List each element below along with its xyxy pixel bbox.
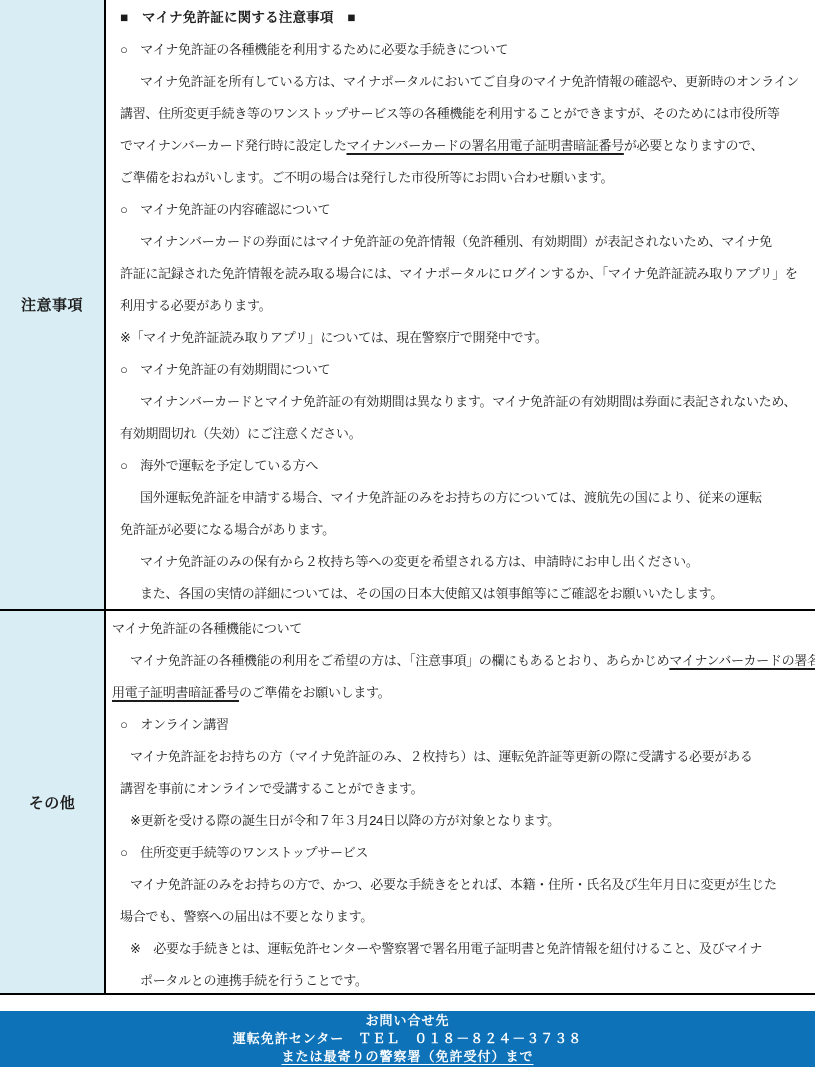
text-segment: マイナ免許証をお持ちの方（マイナ免許証のみ、２枚持ち）は、運転免許証等更新の際に… bbox=[130, 749, 753, 764]
text-line: ○ 海外で運転を予定している方へ bbox=[112, 450, 813, 482]
text-line: 利用する必要があります。 bbox=[112, 290, 813, 322]
text-segment: が必要となりますので、 bbox=[624, 138, 763, 153]
row-label: 注意事項 bbox=[21, 294, 83, 315]
text-segment: ポータルとの連携手続を行うことです。 bbox=[140, 973, 368, 988]
text-line: でマイナンバーカード発行時に設定したマイナンバーカードの署名用電子証明書暗証番号… bbox=[112, 130, 813, 162]
text-segment: マイナ免許証のみの保有から２枚持ち等への変更を希望される方は、申請時にお申し出く… bbox=[140, 554, 699, 569]
contact-heading: お問い合せ先 bbox=[365, 1012, 449, 1030]
text-line: 許証に記録された免許情報を読み取る場合には、マイナポータルにログインするか、「マ… bbox=[112, 258, 813, 290]
text-segment: ○ マイナ免許証の内容確認について bbox=[120, 202, 330, 217]
underlined-text: マイナンバーカードの署名用電子証明書暗証番号 bbox=[347, 138, 624, 153]
text-segment: ※「マイナ免許証読み取りアプリ」については、現在警察庁で開発中です。 bbox=[120, 330, 548, 345]
text-segment: 場合でも、警察への届出は不要となります。 bbox=[120, 909, 373, 924]
text-segment: ■ マイナ免許証に関する注意事項 ■ bbox=[120, 10, 356, 25]
table-row: その他マイナ免許証の各種機能についてマイナ免許証の各種機能の利用をご希望の方は、… bbox=[0, 611, 815, 995]
text-line: ○ マイナ免許証の有効期間について bbox=[112, 354, 813, 386]
row-content-cell: ■ マイナ免許証に関する注意事項 ■○ マイナ免許証の各種機能を利用するために必… bbox=[106, 0, 815, 609]
text-segment: のご準備をお願いします。 bbox=[239, 685, 390, 700]
text-line: また、各国の実情の詳細については、その国の日本大使館又は領事館等にご確認をお願い… bbox=[112, 578, 813, 609]
text-line: マイナ免許証のみの保有から２枚持ち等への変更を希望される方は、申請時にお申し出く… bbox=[112, 546, 813, 578]
text-segment: マイナ免許証の各種機能について bbox=[112, 621, 302, 636]
text-segment: マイナ免許証を所有している方は、マイナポータルにおいてご自身のマイナ免許情報の確… bbox=[140, 74, 799, 89]
text-line: マイナンバーカードの券面にはマイナ免許証の免許情報（免許種別、有効期間）が表記さ… bbox=[112, 226, 813, 258]
row-label: その他 bbox=[29, 792, 76, 813]
text-segment: 講習、住所変更手続き等のワンストップサービス等の各種機能を利用することができます… bbox=[120, 106, 780, 121]
text-line: ○ マイナ免許証の各種機能を利用するために必要な手続きについて bbox=[112, 34, 813, 66]
text-line: ○ オンライン講習 bbox=[112, 709, 813, 741]
text-line: ポータルとの連携手続を行うことです。 bbox=[112, 965, 813, 993]
row-label-cell: その他 bbox=[0, 611, 106, 993]
text-segment: 許証に記録された免許情報を読み取る場合には、マイナポータルにログインするか、「マ… bbox=[120, 266, 798, 281]
text-line: 有効期間切れ（失効）にご注意ください。 bbox=[112, 418, 813, 450]
contact-phone: 運転免許センター ＴＥＬ ０１８－８２４－３７３８ bbox=[233, 1030, 582, 1048]
text-segment: マイナンバーカードの券面にはマイナ免許証の免許情報（免許種別、有効期間）が表記さ… bbox=[140, 234, 772, 249]
text-line: ○ マイナ免許証の内容確認について bbox=[112, 194, 813, 226]
text-segment: 国外運転免許証を申請する場合、マイナ免許証のみをお持ちの方については、渡航先の国… bbox=[140, 490, 762, 505]
text-segment: マイナ免許証の各種機能の利用をご希望の方は、「注意事項」の欄にもあるとおり、あら… bbox=[130, 653, 669, 668]
text-line: ※更新を受ける際の誕生日が令和７年３月24日以降の方が対象となります。 bbox=[112, 805, 813, 837]
text-line: マイナ免許証をお持ちの方（マイナ免許証のみ、２枚持ち）は、運転免許証等更新の際に… bbox=[112, 741, 813, 773]
text-line: ○ 住所変更手続等のワンストップサービス bbox=[112, 837, 813, 869]
text-segment: ○ 海外で運転を予定している方へ bbox=[120, 458, 318, 473]
text-segment: 講習を事前にオンラインで受講することができます。 bbox=[120, 781, 423, 796]
text-segment: ○ マイナ免許証の有効期間について bbox=[120, 362, 330, 377]
underlined-text: マイナンバーカードの署名 bbox=[669, 653, 815, 668]
text-segment: ○ 住所変更手続等のワンストップサービス bbox=[120, 845, 368, 860]
text-line: マイナ免許証の各種機能について bbox=[112, 613, 813, 645]
text-segment: マイナ免許証のみをお持ちの方で、かつ、必要な手続きをとれば、本籍・住所・氏名及び… bbox=[130, 877, 777, 892]
notice-table: 注意事項■ マイナ免許証に関する注意事項 ■○ マイナ免許証の各種機能を利用する… bbox=[0, 0, 815, 995]
text-segment: 免許証が必要になる場合があります。 bbox=[120, 522, 335, 537]
text-segment: ※ 必要な手続きとは、運転免許センターや警察署で署名用電子証明書と免許情報を紐付… bbox=[130, 941, 762, 956]
row-label-cell: 注意事項 bbox=[0, 0, 106, 609]
text-segment: 有効期間切れ（失効）にご注意ください。 bbox=[120, 426, 361, 441]
text-line: ■ マイナ免許証に関する注意事項 ■ bbox=[112, 2, 813, 34]
text-line: 場合でも、警察への届出は不要となります。 bbox=[112, 901, 813, 933]
text-line: マイナ免許証のみをお持ちの方で、かつ、必要な手続きをとれば、本籍・住所・氏名及び… bbox=[112, 869, 813, 901]
text-segment: また、各国の実情の詳細については、その国の日本大使館又は領事館等にご確認をお願い… bbox=[140, 586, 723, 601]
document-page: 注意事項■ マイナ免許証に関する注意事項 ■○ マイナ免許証の各種機能を利用する… bbox=[0, 0, 815, 1072]
text-line: マイナ免許証の各種機能の利用をご希望の方は、「注意事項」の欄にもあるとおり、あら… bbox=[112, 645, 813, 677]
table-row: 注意事項■ マイナ免許証に関する注意事項 ■○ マイナ免許証の各種機能を利用する… bbox=[0, 0, 815, 611]
text-segment: ○ マイナ免許証の各種機能を利用するために必要な手続きについて bbox=[120, 42, 508, 57]
text-line: マイナ免許証を所有している方は、マイナポータルにおいてご自身のマイナ免許情報の確… bbox=[112, 66, 813, 98]
text-segment: 利用する必要があります。 bbox=[120, 298, 271, 313]
text-line: 講習を事前にオンラインで受講することができます。 bbox=[112, 773, 813, 805]
contact-alternative: または最寄りの警察署（免許受付）まで bbox=[281, 1048, 533, 1066]
row-content-cell: マイナ免許証の各種機能についてマイナ免許証の各種機能の利用をご希望の方は、「注意… bbox=[106, 611, 815, 993]
text-segment: ※更新を受ける際の誕生日が令和７年３月24日以降の方が対象となります。 bbox=[130, 813, 560, 828]
text-segment: ご準備をおねがいします。ご不明の場合は発行した市役所等にお問い合わせ願います。 bbox=[120, 170, 613, 185]
text-line: 用電子証明書暗証番号のご準備をお願いします。 bbox=[112, 677, 813, 709]
text-line: マイナンバーカードとマイナ免許証の有効期間は異なります。マイナ免許証の有効期間は… bbox=[112, 386, 813, 418]
text-line: 免許証が必要になる場合があります。 bbox=[112, 514, 813, 546]
text-segment: マイナンバーカードとマイナ免許証の有効期間は異なります。マイナ免許証の有効期間は… bbox=[140, 394, 796, 409]
text-line: 講習、住所変更手続き等のワンストップサービス等の各種機能を利用することができます… bbox=[112, 98, 813, 130]
text-line: ※「マイナ免許証読み取りアプリ」については、現在警察庁で開発中です。 bbox=[112, 322, 813, 354]
text-segment: でマイナンバーカード発行時に設定した bbox=[120, 138, 347, 153]
text-line: ※ 必要な手続きとは、運転免許センターや警察署で署名用電子証明書と免許情報を紐付… bbox=[112, 933, 813, 965]
underlined-text: 用電子証明書暗証番号 bbox=[112, 685, 239, 700]
text-line: 国外運転免許証を申請する場合、マイナ免許証のみをお持ちの方については、渡航先の国… bbox=[112, 482, 813, 514]
contact-footer: お問い合せ先 運転免許センター ＴＥＬ ０１８－８２４－３７３８ または最寄りの… bbox=[0, 1011, 815, 1067]
text-segment: ○ オンライン講習 bbox=[120, 717, 229, 732]
text-line: ご準備をおねがいします。ご不明の場合は発行した市役所等にお問い合わせ願います。 bbox=[112, 162, 813, 194]
table-footer-gap bbox=[0, 995, 815, 1011]
